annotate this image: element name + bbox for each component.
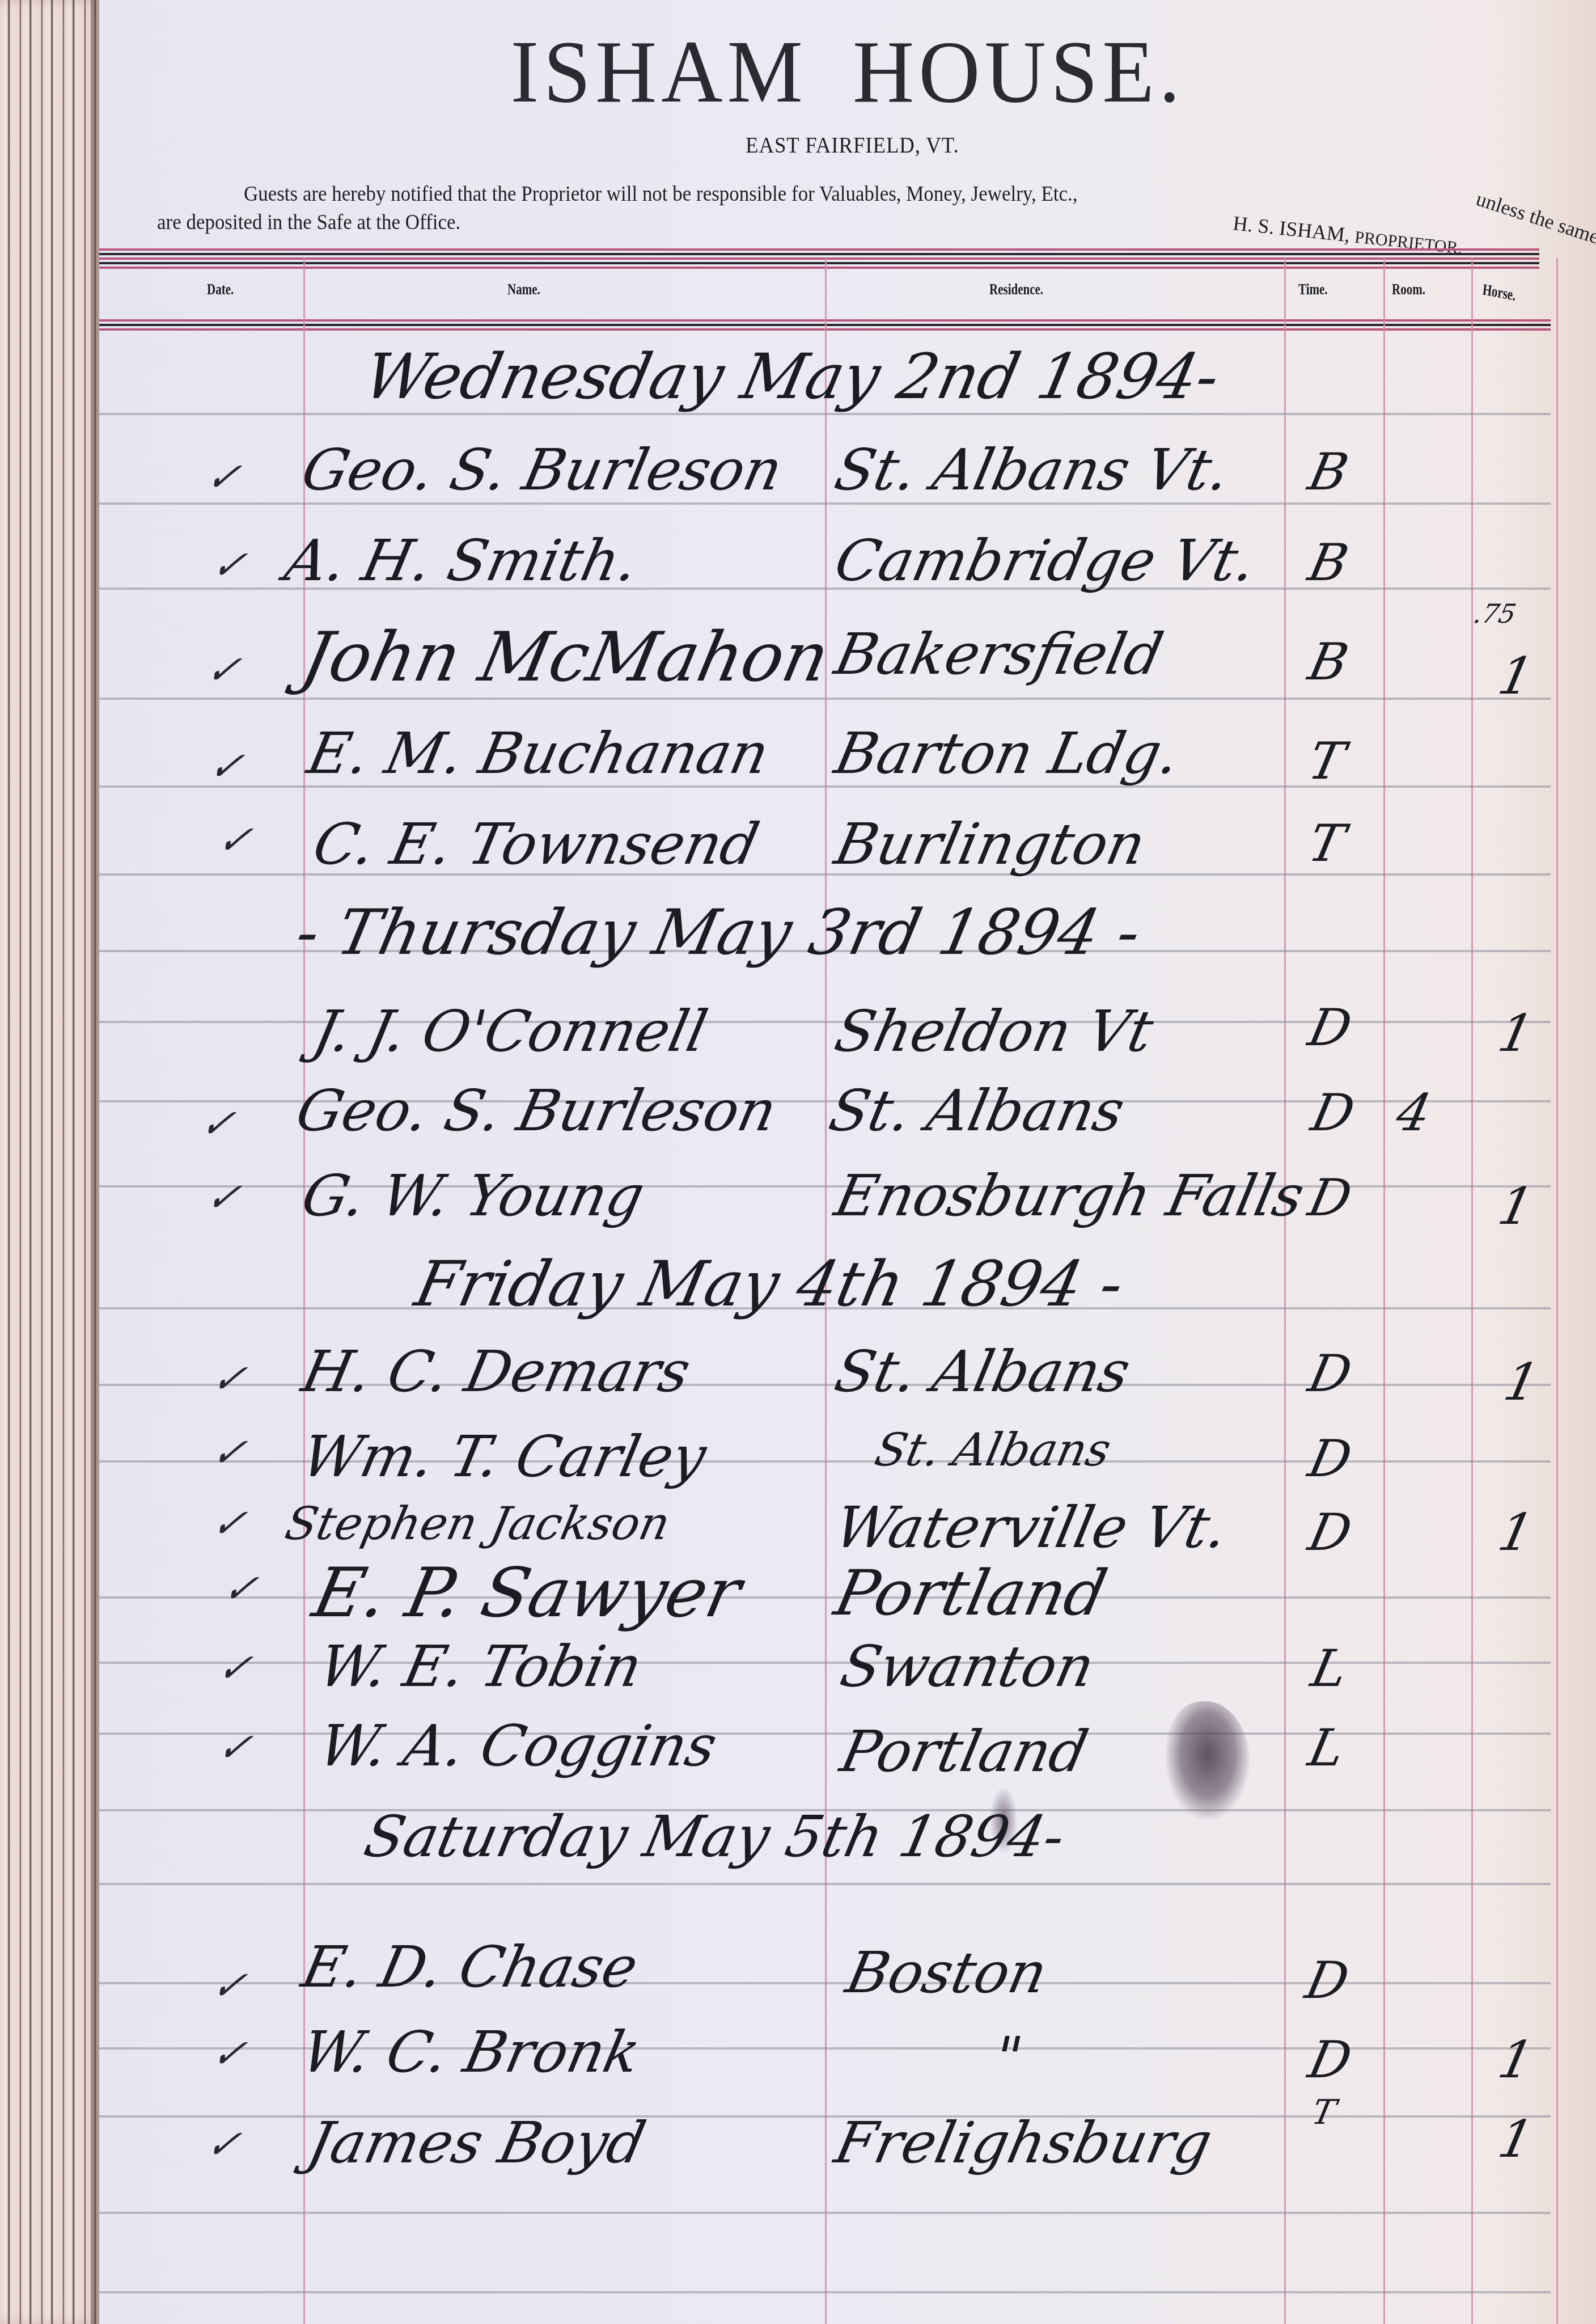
header-rule [99, 257, 1539, 260]
guest-name: W. A. Coggins [314, 1713, 723, 1779]
row-rule [99, 2291, 1551, 2293]
column-divider-residence-time [1284, 258, 1286, 2324]
guest-name: A. H. Smith. [280, 527, 644, 594]
notice-line-1: Guests are hereby notified that the Prop… [244, 181, 1078, 206]
page-title: ISHAMHOUSE. [99, 20, 1596, 123]
guest-residence: Waterville Vt. [829, 1494, 1234, 1561]
guest-residence: Boston [841, 1940, 1053, 2006]
checkmark: ✓ [202, 454, 245, 500]
horse-count: 1 [1493, 1004, 1539, 1063]
arrival-time-code: D [1303, 1168, 1357, 1228]
column-header-horse: Horse. [1481, 281, 1517, 305]
column-header-date: Date. [207, 281, 234, 299]
checkmark: ✓ [213, 1645, 256, 1691]
title-word-isham: ISHAM [511, 22, 807, 121]
date-heading: - Thursday May 3rd 1894 - [290, 896, 1147, 969]
checkmark: ✓ [205, 743, 248, 789]
guest-name: E. M. Buchanan [302, 720, 775, 787]
guest-name: E. D. Chase [297, 1934, 644, 2000]
arrival-time-code: D [1303, 1429, 1357, 1489]
guest-name: James Boyd [302, 2110, 651, 2176]
arrival-time-code: B [1303, 442, 1353, 502]
guest-residence: St. Albans [824, 1078, 1131, 1144]
guest-residence: Enosburgh Falls [829, 1163, 1310, 1229]
row-rule [99, 2212, 1551, 2214]
guest-name: E. P. Sawyer [306, 1554, 748, 1633]
horse-charge-note: .75 [1471, 598, 1519, 629]
checkmark: ✓ [202, 1174, 245, 1220]
column-header-time: Time. [1298, 281, 1328, 299]
proprietor-name: H. S. ISHAM, [1232, 212, 1351, 246]
row-rule [99, 1883, 1551, 1885]
notice-line-2: are deposited in the Safe at the Office. [157, 210, 460, 235]
checkmark: ✓ [208, 1429, 251, 1476]
date-heading: Saturday May 5th 1894- [359, 1803, 1071, 1870]
arrival-time-code: D [1303, 2030, 1357, 2090]
column-divider-horse-edge [1556, 258, 1558, 2324]
guest-residence: Barton Ldg. [829, 720, 1186, 787]
checkmark: ✓ [202, 647, 245, 693]
arrival-time-code: T [1309, 2093, 1340, 2132]
guest-name: Geo. S. Burleson [297, 437, 788, 503]
horse-count: 1 [1499, 1353, 1544, 1412]
horse-count: 1 [1493, 2110, 1539, 2169]
proprietor-signature: H. S. ISHAM, PROPRIETOR. [1232, 211, 1464, 259]
guest-name: H. C. Demars [297, 1338, 696, 1405]
guest-name: J. J. O'Connell [308, 998, 713, 1064]
arrival-time-code: B [1303, 632, 1353, 692]
guest-residence: Bakersfield [829, 621, 1169, 687]
header-rule [99, 262, 1539, 264]
column-header-name: Name. [507, 281, 540, 299]
arrival-time-code: D [1303, 1344, 1357, 1404]
guest-residence: Portland [835, 1718, 1094, 1785]
checkmark: ✓ [208, 2030, 251, 2077]
guest-name: Wm. T. Carley [297, 1423, 712, 1490]
guest-residence: Sheldon Vt [829, 998, 1159, 1064]
guest-residence: " [988, 2025, 1028, 2091]
column-header-residence: Residence. [989, 281, 1043, 299]
register-page: ISHAMHOUSE. EAST FAIRFIELD, VT. Guests a… [99, 0, 1596, 2324]
arrival-time-code: B [1303, 533, 1353, 593]
checkmark: ✓ [202, 2121, 245, 2167]
title-word-house: HOUSE. [853, 22, 1185, 121]
column-divider-time-room [1383, 258, 1385, 2324]
guest-residence: St. Albans [870, 1423, 1115, 1476]
arrival-time-code: L [1306, 1639, 1353, 1698]
guest-name: C. E. Townsend [308, 811, 765, 877]
checkmark: ✓ [213, 817, 256, 863]
arrival-time-code: D [1301, 1951, 1354, 2010]
row-rule [99, 698, 1551, 700]
checkmark: ✓ [208, 1962, 251, 2009]
checkmark: ✓ [208, 542, 251, 588]
date-heading: Wednesday May 2nd 1894- [358, 340, 1226, 413]
guest-residence: Portland [828, 1557, 1113, 1629]
guest-name: W. E. Tobin [314, 1633, 648, 1700]
guest-residence: St. Albans Vt. [829, 437, 1236, 503]
guest-residence: Burlington [829, 811, 1152, 877]
guest-name: Stephen Jackson [281, 1497, 675, 1550]
header-rule [99, 253, 1539, 255]
arrival-time-code: D [1303, 1503, 1357, 1562]
room-number: 4 [1391, 1083, 1437, 1143]
horse-count: 1 [1493, 1503, 1539, 1562]
header-rule [99, 248, 1539, 251]
guest-residence: St. Albans [829, 1338, 1136, 1405]
arrival-time-code: D [1306, 1083, 1360, 1143]
guest-residence: Swanton [835, 1633, 1100, 1700]
column-header-room: Room. [1392, 281, 1425, 299]
arrival-time-code: T [1303, 814, 1350, 873]
horse-count: 1 [1493, 2030, 1539, 2090]
arrival-time-code: D [1303, 998, 1357, 1058]
guest-name: G. W. Young [297, 1163, 650, 1229]
checkmark: ✓ [213, 1724, 256, 1771]
ink-blot [1165, 1701, 1250, 1820]
guest-name: Geo. S. Burleson [291, 1078, 782, 1144]
column-divider-room-horse [1471, 258, 1473, 2324]
checkmark: ✓ [208, 1500, 251, 1546]
guest-name: W. C. Bronk [297, 2019, 646, 2085]
header-rule [99, 267, 1539, 269]
date-heading: Friday May 4th 1894 - [409, 1248, 1130, 1320]
guest-residence: Cambridge Vt. [829, 527, 1262, 594]
guest-name: John McMahon [295, 618, 836, 697]
arrival-time-code: L [1303, 1718, 1350, 1778]
checkmark: ✓ [219, 1565, 262, 1612]
row-rule [99, 413, 1551, 415]
stacked-page-edges [0, 0, 99, 2324]
checkmark: ✓ [196, 1100, 239, 1147]
notice-line-1-tail: unless the same [1474, 187, 1596, 249]
arrival-time-code: T [1303, 732, 1350, 791]
guest-residence: Frelighsburg [829, 2110, 1218, 2176]
checkmark: ✓ [208, 1355, 251, 1402]
location-subtitle: EAST FAIRFIELD, VT. [746, 132, 959, 158]
